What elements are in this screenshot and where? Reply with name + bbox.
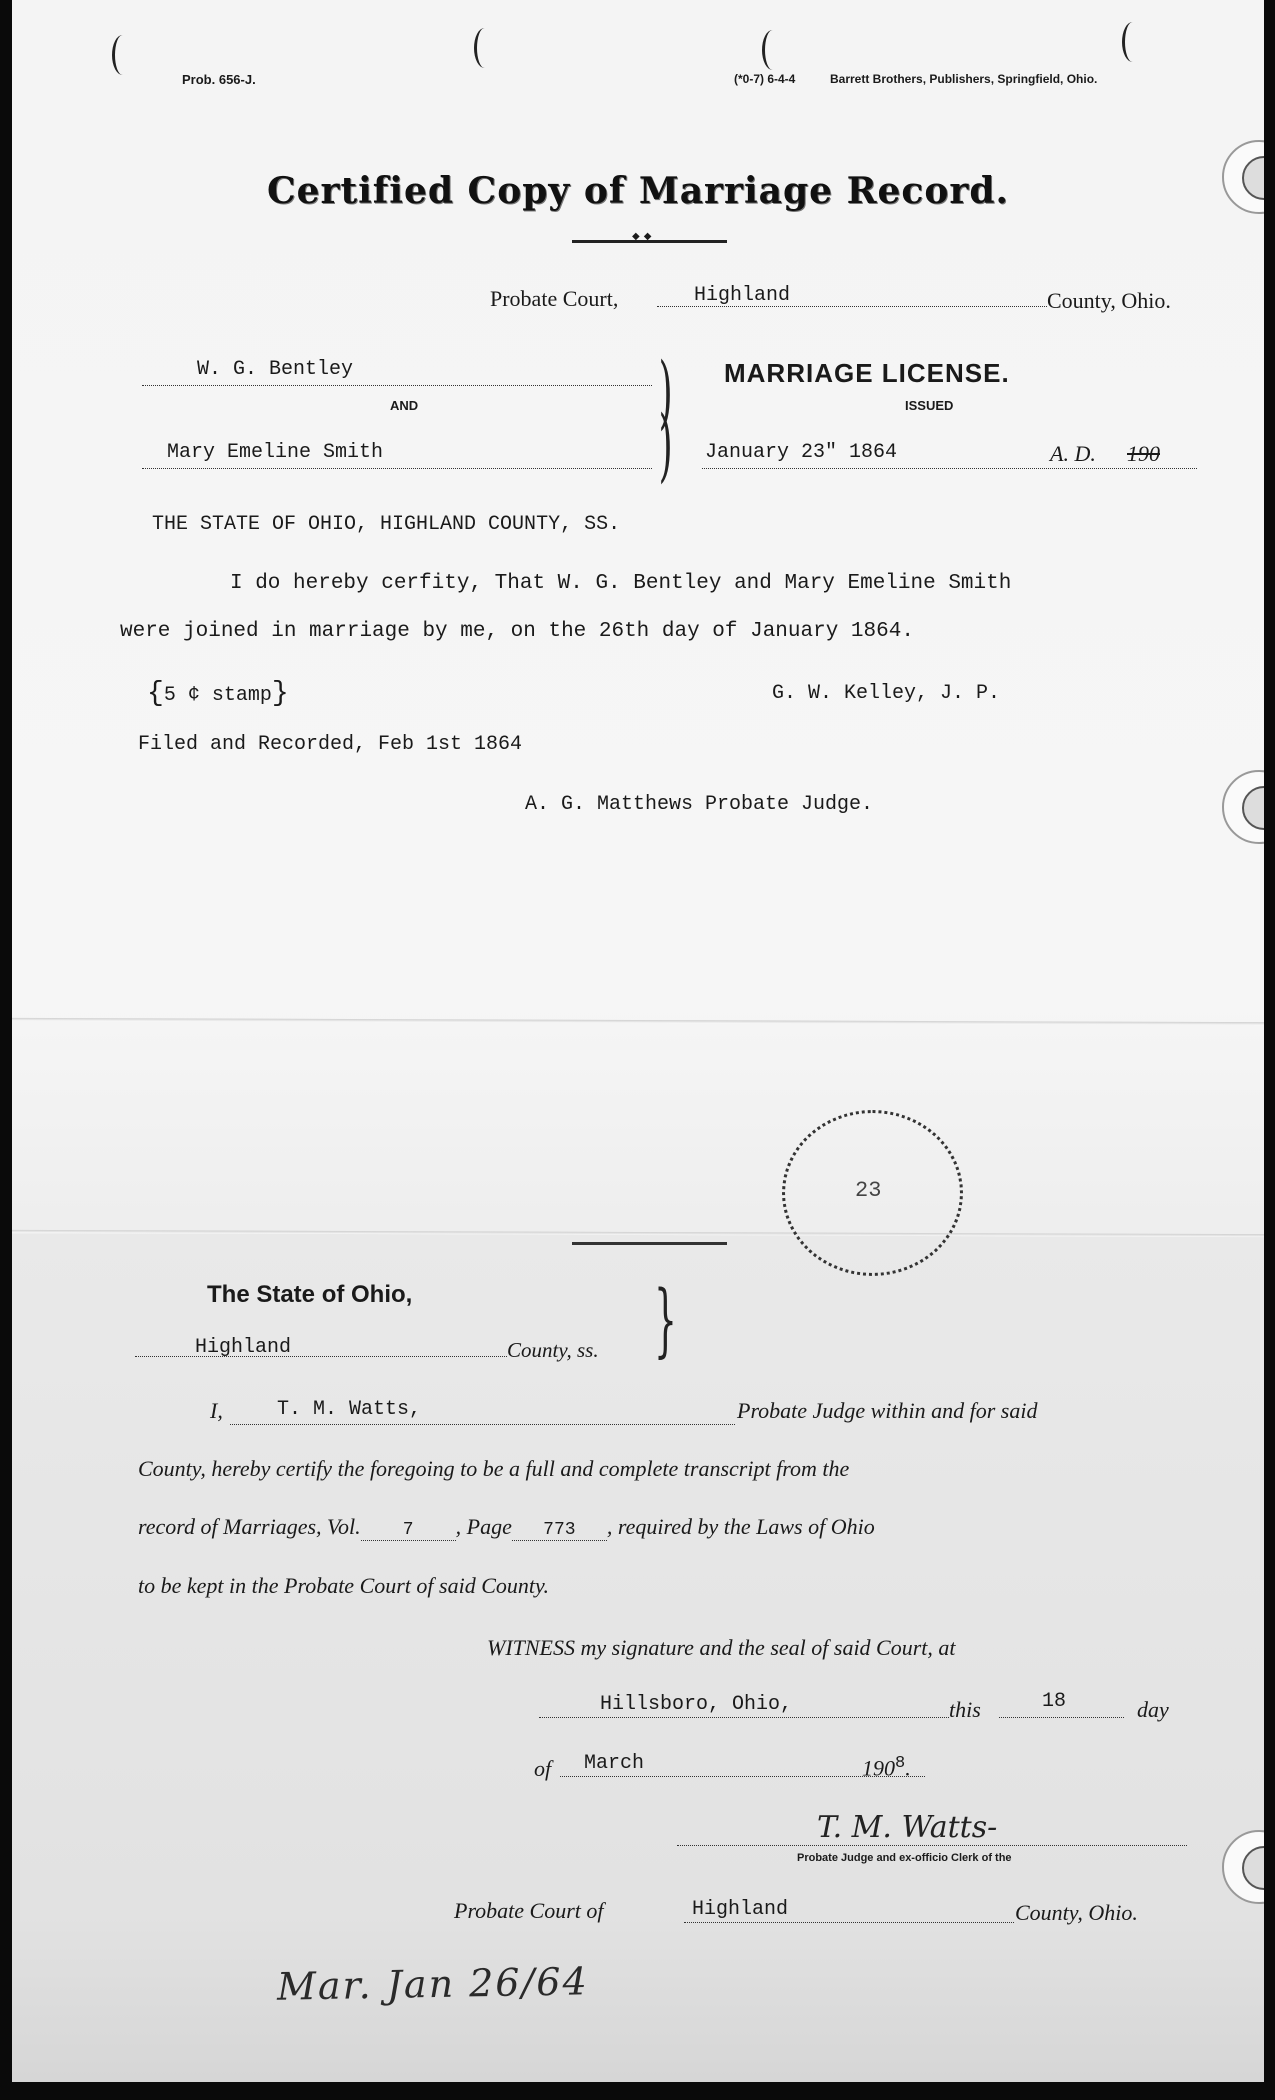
bride-name: Mary Emeline Smith <box>167 441 383 464</box>
handwritten-note: Mar. Jan 26/64 <box>277 1959 589 2008</box>
brace-close: } <box>272 678 289 709</box>
venue-line: THE STATE OF OHIO, HIGHLAND COUNTY, SS. <box>152 513 620 536</box>
i-label: I, <box>210 1398 223 1424</box>
brace-divider: } <box>654 1280 677 1360</box>
fold-line <box>12 1018 1264 1025</box>
stamp-note-text: 5 ¢ stamp <box>164 684 272 707</box>
county-rule <box>135 1332 507 1357</box>
officiant: G. W. Kelley, J. P. <box>772 682 1000 705</box>
groom-name: W. G. Bentley <box>197 358 353 381</box>
witness-line: WITNESS my signature and the seal of sai… <box>487 1635 956 1661</box>
seal-day: 23 <box>855 1178 881 1203</box>
day-label: day <box>1137 1697 1169 1723</box>
and-label: AND <box>390 398 418 413</box>
page-label: , Page <box>456 1514 512 1539</box>
volume-value: 7 <box>361 1520 456 1541</box>
punch-hole <box>1222 770 1264 844</box>
cert-line-2: County, hereby certify the foregoing to … <box>138 1456 849 1482</box>
stamp-note: {5 ¢ stamp} <box>147 678 289 709</box>
certify-line-2: were joined in marriage by me, on the 26… <box>120 620 914 643</box>
filed-recorded: Filed and Recorded, Feb 1st 1864 <box>138 733 522 756</box>
court-county-2: Highland <box>692 1898 788 1921</box>
clip-mark <box>1122 22 1143 62</box>
brace-divider: ) <box>659 405 673 485</box>
this-label: this <box>949 1697 981 1723</box>
publisher-code: (*0-7) 6-4-4 <box>734 72 795 86</box>
clip-mark <box>112 35 133 75</box>
ornament-divider <box>572 240 727 243</box>
line3-suffix: , required by the Laws of Ohio <box>607 1514 875 1539</box>
court-seal-stamp: 23 <box>782 1110 963 1276</box>
cert-county: Highland <box>195 1336 291 1359</box>
ornament-divider <box>572 1242 727 1245</box>
judge-role: Probate Judge within and for said <box>737 1398 1037 1424</box>
state-heading: The State of Ohio, <box>207 1281 412 1309</box>
day-value: 18 <box>1042 1690 1066 1713</box>
cert-line-3: record of Marriages, Vol.7, Page773, req… <box>138 1514 875 1541</box>
cert-line-4: to be kept in the Probate Court of said … <box>138 1573 549 1599</box>
year-prefix: 190 <box>862 1755 895 1780</box>
issued-label: ISSUED <box>905 398 953 413</box>
document-page: Prob. 656-J. (*0-7) 6-4-4 Barrett Brothe… <box>12 0 1264 2082</box>
struck-year: 190 <box>1127 441 1160 467</box>
cert-judge-name: T. M. Watts, <box>277 1398 421 1421</box>
page-value: 773 <box>512 1520 607 1541</box>
year-suffix: 8 <box>895 1754 905 1773</box>
court-suffix: County, Ohio. <box>1047 288 1171 314</box>
brace-open: { <box>147 678 164 709</box>
of-label: of <box>534 1756 551 1782</box>
issued-date: January 23" 1864 <box>705 441 897 464</box>
place: Hillsboro, Ohio, <box>600 1693 792 1716</box>
county-ss: County, ss. <box>507 1338 599 1363</box>
court-of-label: Probate Court of <box>454 1898 604 1924</box>
court-county-suffix: County, Ohio. <box>1015 1900 1138 1926</box>
court-county: Highland <box>694 284 790 307</box>
signature-rule <box>677 1820 1187 1846</box>
license-heading: MARRIAGE LICENSE. <box>724 358 1010 389</box>
page-title: Certified Copy of Marriage Record. <box>12 170 1264 212</box>
certify-line-1: I do hereby cerfity, That W. G. Bentley … <box>230 572 1011 595</box>
clip-mark <box>762 30 783 70</box>
clip-mark <box>474 28 495 68</box>
month-value: March <box>584 1752 644 1775</box>
probate-judge-line: A. G. Matthews Probate Judge. <box>525 793 873 816</box>
signature-caption: Probate Judge and ex-officio Clerk of th… <box>797 1852 1012 1864</box>
publisher-line: Barrett Brothers, Publishers, Springfiel… <box>830 72 1097 86</box>
vol-label: record of Marriages, Vol. <box>138 1514 361 1539</box>
year: 1908. <box>862 1754 911 1781</box>
court-prefix: Probate Court, <box>490 286 618 312</box>
ad-label: A. D. <box>1050 441 1096 467</box>
form-number: Prob. 656-J. <box>182 72 256 87</box>
